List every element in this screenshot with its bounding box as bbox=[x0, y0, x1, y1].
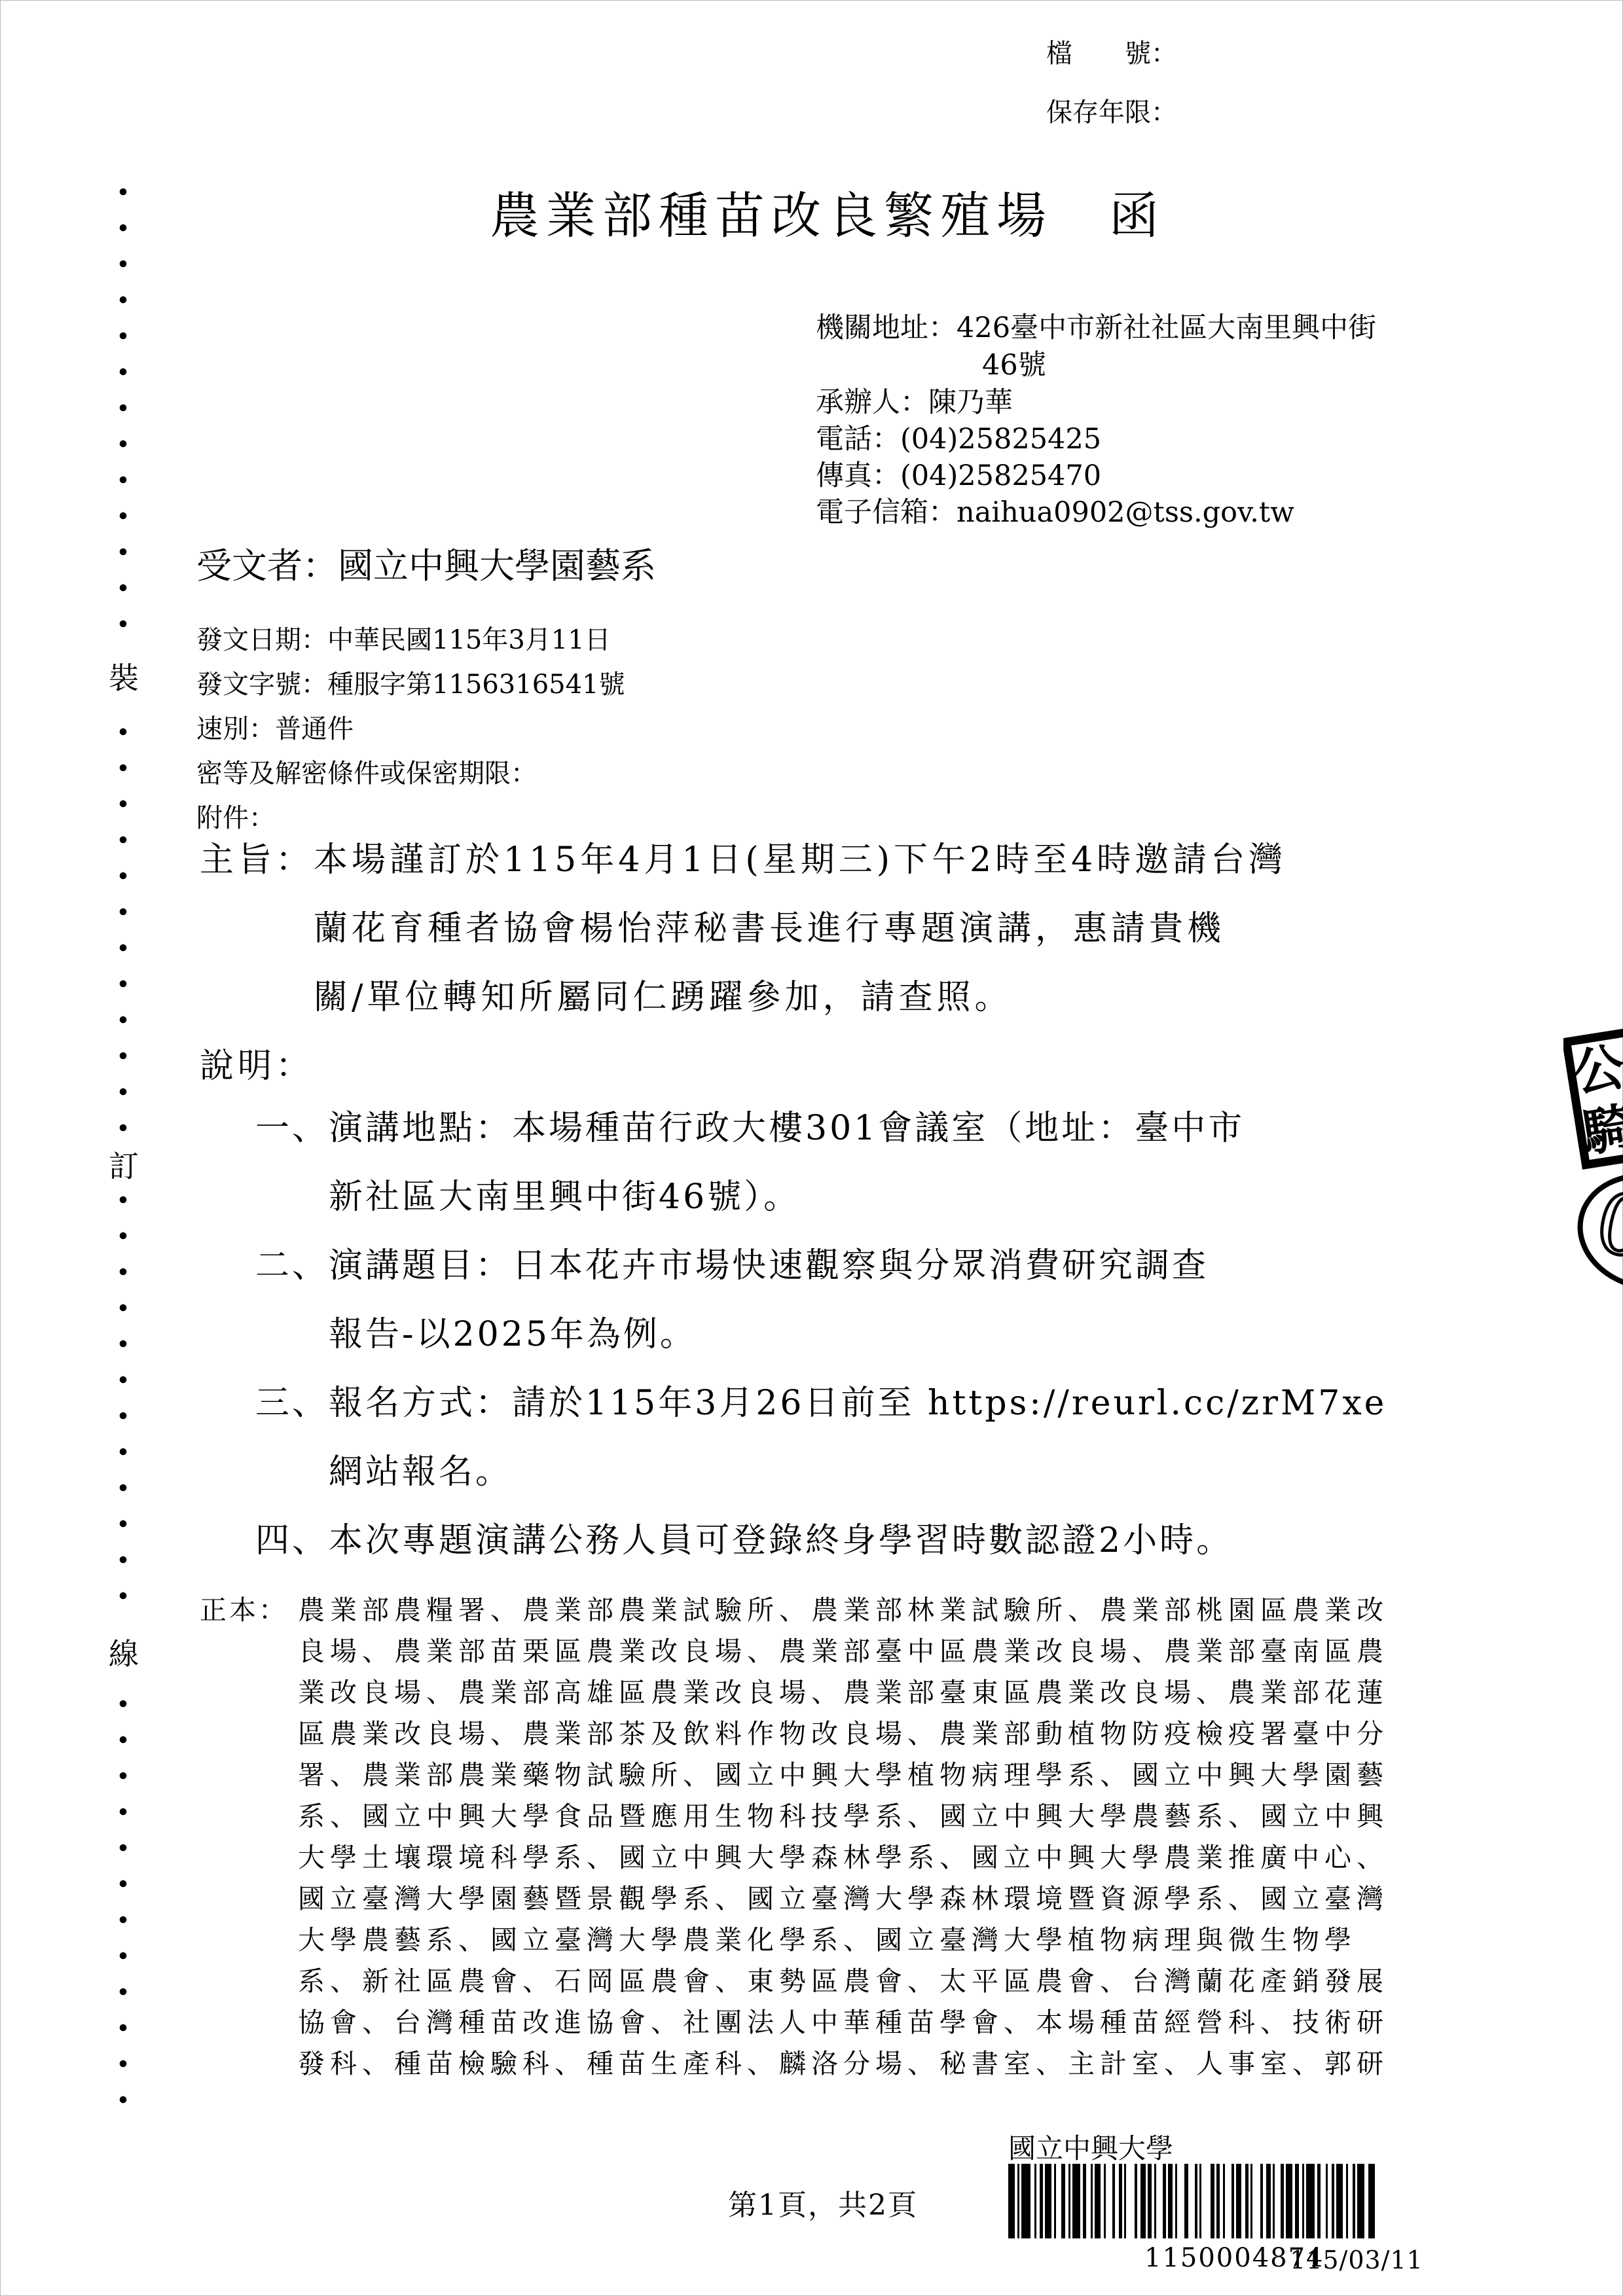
item-4-text: 本次專題演講公務人員可登錄終身學習時數認證2小時。 bbox=[329, 1521, 1233, 1560]
speed-class: 速別：普通件 bbox=[196, 716, 354, 742]
subject-line-2: 蘭花育種者協會楊怡萍秘書長進行專題演講，惠請貴機 bbox=[314, 912, 1225, 946]
copy-to-line-5: 署、農業部農業藥物試驗所、國立中興大學植物病理學系、國立中興大學園藝 bbox=[298, 1762, 1389, 1789]
description-item-1-cont: 新社區大南里興中街46號）。 bbox=[329, 1180, 800, 1214]
description-item-3: 三、報名方式：請於115年3月26日前至 https://reurl.cc/zr… bbox=[255, 1386, 1387, 1420]
item-3-number: 三、 bbox=[255, 1384, 329, 1423]
binding-word-ding: 訂 bbox=[107, 1138, 140, 1191]
copy-to-line-7: 大學土壤環境科學系、國立中興大學森林學系、國立中興大學農業推廣中心、 bbox=[298, 1844, 1389, 1871]
sender-contact-name: 承辦人：陳乃華 bbox=[816, 389, 1013, 417]
retention-period-label: 保存年限： bbox=[1046, 99, 1177, 126]
description-item-1: 一、演講地點：本場種苗行政大樓301會議室（地址：臺中市 bbox=[255, 1111, 1245, 1145]
item-1-text: 演講地點：本場種苗行政大樓301會議室（地址：臺中市 bbox=[329, 1109, 1245, 1148]
subject-label: 主旨： bbox=[200, 840, 314, 880]
sender-fax: 傳真：(04)25825470 bbox=[816, 462, 1101, 490]
barcode-image bbox=[1008, 2164, 1381, 2238]
copy-to-line-1: 農業部農糧署、農業部農業試驗所、農業部林業試驗所、農業部桃園區農業改 bbox=[298, 1597, 1389, 1624]
sender-phone: 電話：(04)25825425 bbox=[816, 425, 1101, 454]
description-item-3-cont: 網站報名。 bbox=[329, 1455, 512, 1489]
item-1-number: 一、 bbox=[255, 1109, 329, 1148]
document-title: 農業部種苗改良繁殖場 函 bbox=[490, 191, 1165, 241]
description-label: 說明： bbox=[200, 1049, 314, 1083]
security-class: 密等及解密條件或保密期限： bbox=[196, 761, 537, 787]
subject-line-3: 關/單位轉知所屬同仁踴躍參加，請查照。 bbox=[314, 980, 1013, 1014]
copy-to-line-12: 發科、種苗檢驗科、種苗生產科、麟洛分場、秘書室、主計室、人事室、郭研 bbox=[298, 2051, 1389, 2077]
svg-text:公: 公 bbox=[1569, 1037, 1623, 1103]
dispatch-date: 發文日期：中華民國115年3月11日 bbox=[196, 627, 611, 653]
sender-address-line2: 46號 bbox=[982, 351, 1046, 380]
copy-to-line-3: 業改良場、農業部高雄區農業改良場、農業部臺東區農業改良場、農業部花蓮 bbox=[298, 1679, 1389, 1706]
copy-to-line-4: 區農業改良場、農業部茶及飲料作物改良場、農業部動植物防疫檢疫署臺中分 bbox=[298, 1721, 1389, 1748]
dispatch-number: 發文字號：種服字第1156316541號 bbox=[196, 672, 625, 698]
binding-word-zhuang: 裝 bbox=[107, 649, 140, 703]
official-letter-page: 檔 號： 保存年限： 農業部種苗改良繁殖場 函 機關地址：426臺中市新社社區大… bbox=[0, 0, 1623, 2296]
copy-to-line-9: 大學農藝系、國立臺灣大學農業化學系、國立臺灣大學植物病理與微生物學 bbox=[298, 1927, 1357, 1954]
barcode-date: 115/03/11 bbox=[1290, 2248, 1423, 2272]
barcode-org-label: 國立中興大學 bbox=[1008, 2135, 1173, 2162]
description-item-2-cont: 報告-以2025年為例。 bbox=[329, 1318, 697, 1352]
item-3-text: 報名方式：請於115年3月26日前至 https://reurl.cc/zrM7… bbox=[329, 1384, 1387, 1423]
binding-word-xian: 線 bbox=[107, 1625, 140, 1679]
copy-to-label: 正本： bbox=[200, 1597, 288, 1624]
recipient-line: 受文者：國立中興大學園藝系 bbox=[196, 548, 656, 584]
copy-to-line-6: 系、國立中興大學食品暨應用生物科技學系、國立中興大學農藝系、國立中興 bbox=[298, 1803, 1389, 1830]
attachment-label: 附件： bbox=[196, 805, 275, 831]
copy-to-line-8: 國立臺灣大學園藝暨景觀學系、國立臺灣大學森林環境暨資源學系、國立臺灣 bbox=[298, 1886, 1389, 1912]
copy-to-line-11: 協會、台灣種苗改進協會、社團法人中華種苗學會、本場種苗經營科、技術研 bbox=[298, 2009, 1389, 2036]
page-seam-stamp: 公 文 騎 縫 09 bbox=[1563, 1021, 1623, 1296]
item-2-text: 演講題目：日本花卉市場快速觀察與分眾消費研究調查 bbox=[329, 1246, 1209, 1285]
sender-email: 電子信箱：naihua0902@tss.gov.tw bbox=[816, 499, 1294, 527]
sender-address-line: 機關地址：426臺中市新社社區大南里興中街 bbox=[816, 314, 1376, 342]
subject-text-1: 本場謹訂於115年4月1日(星期三)下午2時至4時邀請台灣 bbox=[314, 840, 1286, 880]
description-item-2: 二、演講題目：日本花卉市場快速觀察與分眾消費研究調查 bbox=[255, 1249, 1209, 1283]
copy-to-line-10: 系、新社區農會、石岡區農會、東勢區農會、太平區農會、台灣蘭花產銷發展 bbox=[298, 1968, 1389, 1995]
subject-line-1: 主旨：本場謹訂於115年4月1日(星期三)下午2時至4時邀請台灣 bbox=[200, 843, 1286, 877]
page-indicator: 第1頁，共2頁 bbox=[728, 2191, 918, 2220]
copy-to-line-2: 良場、農業部苗栗區農業改良場、農業部臺中區農業改良場、農業部臺南區農 bbox=[298, 1638, 1389, 1665]
item-2-number: 二、 bbox=[255, 1246, 329, 1285]
description-item-4: 四、本次專題演講公務人員可登錄終身學習時數認證2小時。 bbox=[255, 1524, 1233, 1558]
file-number-label: 檔 號： bbox=[1046, 41, 1177, 67]
seam-stamp-graphic: 公 文 騎 縫 09 bbox=[1563, 1021, 1623, 1296]
item-4-number: 四、 bbox=[255, 1521, 329, 1560]
